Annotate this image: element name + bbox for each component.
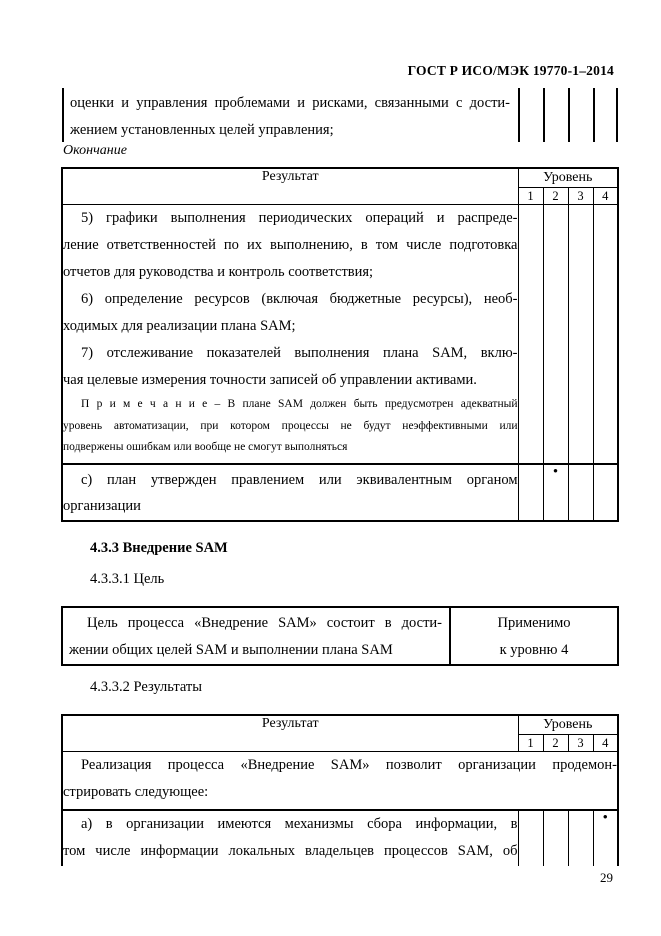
level-1-header: 1: [518, 735, 543, 752]
level-cell: [518, 464, 543, 521]
text-line: Применимо: [451, 610, 617, 637]
results-table-ending: Результат Уровень 1 2 3 4 5) графики вып…: [61, 167, 620, 522]
result-column-header: Результат: [62, 168, 518, 205]
goal-table: Цель процесса «Внедрение SAM» состоит в …: [61, 606, 620, 666]
text-line: том числе информации локальных владельце…: [63, 838, 518, 865]
level-cell: [543, 205, 568, 464]
level-cell: [593, 205, 618, 464]
text-line: 5) графики выполнения периодических опер…: [63, 205, 518, 232]
level-4-header: 4: [593, 188, 618, 205]
table-border-line: [616, 88, 618, 142]
result-item-7: 7) отслеживание показателей выполнения п…: [63, 340, 518, 394]
result-item-6: 6) определение ресурсов (включая бюджетн…: [63, 286, 518, 340]
table-continuation-fragment: оценки и управления проблемами и рисками…: [62, 88, 618, 142]
text-line: Цель процесса «Внедрение SAM» состоит в …: [69, 610, 442, 637]
table-column-line: [593, 88, 595, 142]
level-marker-cell: •: [543, 464, 568, 521]
text-line: 6) определение ресурсов (включая бюджетн…: [63, 286, 518, 313]
level-cell: [593, 464, 618, 521]
table-border-line: [62, 88, 64, 142]
result-item-a: а) в организации имеются механизмы сбора…: [63, 811, 518, 865]
text-line: уровень автоматизации, при котором проце…: [63, 416, 518, 438]
table-row: а) в организации имеются механизмы сбора…: [62, 810, 618, 867]
applicability-cell: Применимок уровню 4: [451, 610, 617, 664]
text-line: Реализация процесса «Внедрение SAM» позв…: [63, 752, 617, 779]
level-4-header: 4: [593, 735, 618, 752]
result-item-5: 5) графики выполнения периодических опер…: [63, 205, 518, 286]
document-page: ГОСТ Р ИСО/МЭК 19770-1–2014 оценки и упр…: [0, 0, 661, 936]
text-line: с) план утвержден правлением или эквивал…: [63, 467, 518, 494]
results-table-2: Результат Уровень 1 2 3 4 Реализация про…: [61, 714, 620, 866]
text-line: а) в организации имеются механизмы сбора…: [63, 811, 518, 838]
level-3-header: 3: [568, 188, 593, 205]
text-line: подвержены ошибкам или вообще не смогут …: [63, 437, 518, 459]
level-3-header: 3: [568, 735, 593, 752]
text-line: П р и м е ч а н и е – В плане SAM должен…: [63, 394, 518, 416]
table-row: 5) графики выполнения периодических опер…: [62, 205, 618, 464]
level-cell: [543, 810, 568, 867]
text-line: жении общих целей SAM и выполнении плана…: [69, 637, 442, 664]
table-column-line: [543, 88, 545, 142]
text-line: ходимых для реализации плана SAM;: [63, 313, 518, 340]
text-line: жением установленных целей управления;: [70, 117, 510, 144]
text-line: отчетов для руководства и контроль соотв…: [63, 259, 518, 286]
section-heading-4-3-3-2: 4.3.3.2 Результаты: [90, 679, 202, 696]
table-row: Реализация процесса «Внедрение SAM» позв…: [62, 752, 618, 810]
section-heading-4-3-3-1: 4.3.3.1 Цель: [90, 571, 164, 588]
text-line: организации: [63, 493, 518, 520]
level-2-header: 2: [543, 188, 568, 205]
continued-cell-text: оценки и управления проблемами и рисками…: [70, 90, 510, 144]
level-cell: [568, 464, 593, 521]
section-heading-4-3-3: 4.3.3 Внедрение SAM: [90, 540, 228, 557]
level-column-header: Уровень: [518, 168, 618, 188]
result-column-header: Результат: [62, 715, 518, 752]
continuation-label: Окончание: [63, 143, 127, 159]
text-line: ление ответственностей по их выполнению,…: [63, 232, 518, 259]
text-line: к уровню 4: [451, 637, 617, 664]
table-row: с) план утвержден правлением или эквивал…: [62, 464, 618, 521]
table-column-line: [518, 88, 520, 142]
level-cell: [518, 205, 543, 464]
text-line: стрировать следующее:: [63, 779, 617, 806]
level-column-header: Уровень: [518, 715, 618, 735]
table-column-line: [568, 88, 570, 142]
result-item-c: с) план утвержден правлением или эквивал…: [63, 467, 518, 520]
level-2-header: 2: [543, 735, 568, 752]
level-cell: [568, 810, 593, 867]
level-cell: [568, 205, 593, 464]
document-header: ГОСТ Р ИСО/МЭК 19770-1–2014: [62, 63, 614, 79]
note-paragraph: П р и м е ч а н и е – В плане SAM должен…: [63, 394, 518, 459]
level-marker-cell: •: [593, 810, 618, 867]
goal-text-cell: Цель процесса «Внедрение SAM» состоит в …: [69, 610, 442, 664]
intro-paragraph: Реализация процесса «Внедрение SAM» позв…: [63, 752, 617, 806]
level-cell: [518, 810, 543, 867]
text-line: чая целевые измерения точности записей о…: [63, 367, 518, 394]
level-1-header: 1: [518, 188, 543, 205]
text-line: 7) отслеживание показателей выполнения п…: [63, 340, 518, 367]
text-line: оценки и управления проблемами и рисками…: [70, 90, 510, 117]
page-number: 29: [62, 870, 613, 886]
